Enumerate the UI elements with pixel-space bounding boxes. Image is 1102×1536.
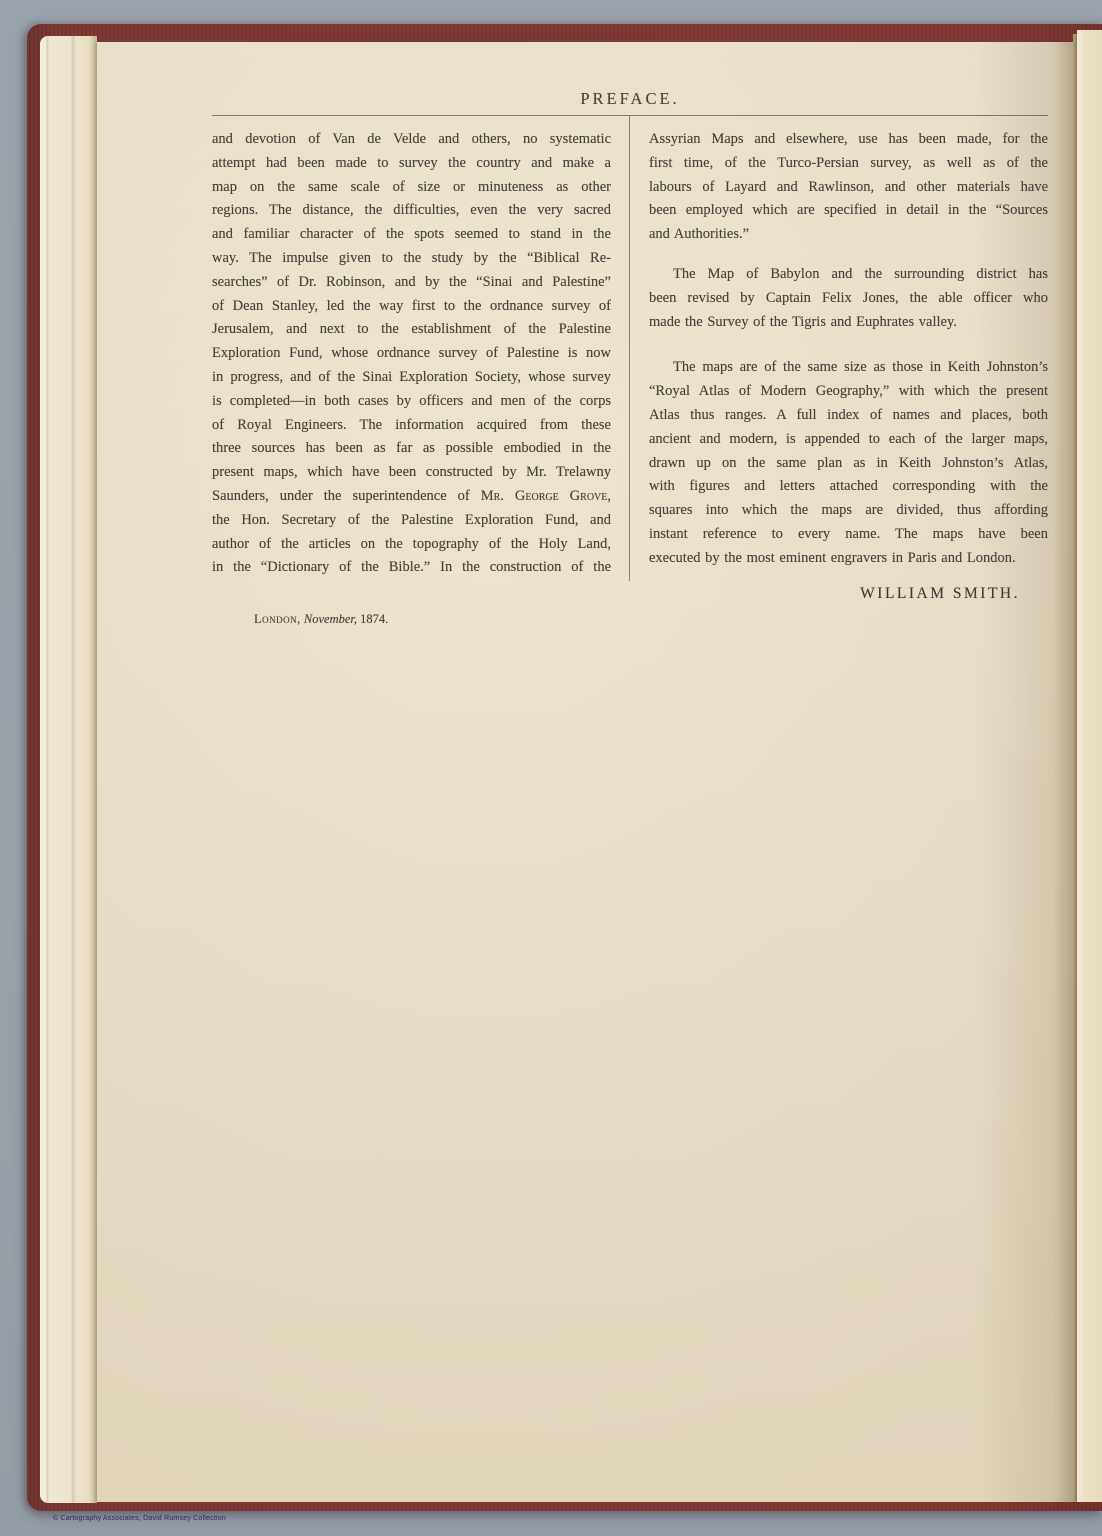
text-line: author of the articles on the topography… (212, 533, 611, 557)
text-line: and devotion of Van de Velde and others,… (212, 128, 611, 152)
text-line: attempt had been made to survey the coun… (212, 152, 611, 176)
copyright-credit: © Cartography Associates, David Rumsey C… (53, 1515, 226, 1522)
text-line: ancient and modern, is appended to each … (649, 428, 1048, 452)
facing-page-edge (1077, 30, 1102, 1502)
header-rule (212, 115, 1048, 116)
text-line: and Authorities.” (649, 223, 1048, 247)
text-line: is completed—in both cases by officers a… (212, 390, 611, 414)
text-line: present maps, which have been constructe… (212, 461, 611, 485)
dateline-month: November, (304, 612, 357, 626)
dateline: London, November, 1874. (212, 610, 611, 628)
text-line: squares into which the maps are divided,… (649, 499, 1048, 523)
text-line: been employed which are specified in det… (649, 199, 1048, 223)
page-fore-edge-stack (40, 36, 97, 1503)
printed-text-block: PREFACE. and devotion of Van de Velde an… (212, 88, 1048, 628)
text-line-grove: Saunders, under the superintendence of M… (212, 485, 611, 509)
text-line: Atlas thus ranges. A full index of names… (649, 404, 1048, 428)
text-line: in progress, and of the Sinai Exploratio… (212, 366, 611, 390)
text-line: regions. The distance, the difficulties,… (212, 199, 611, 223)
text-line: and familiar character of the spots seem… (212, 223, 611, 247)
grove-line-prefix: Saunders, under the superintendence of (212, 488, 470, 504)
text-line: of Royal Engineers. The information acqu… (212, 414, 611, 438)
author-signature: WILLIAM SMITH. (649, 582, 1048, 606)
text-line: labours of Layard and Rawlinson, and oth… (649, 176, 1048, 200)
page-title: PREFACE. (212, 88, 1048, 110)
text-line: in the “Dictionary of the Bible.” In the… (212, 556, 611, 580)
left-column: and devotion of Van de Velde and others,… (212, 128, 611, 628)
text-line: way. The impulse given to the study by t… (212, 247, 611, 271)
text-line: of Dean Stanley, led the way first to th… (212, 295, 611, 319)
paragraph-gap (649, 247, 1048, 263)
text-line: Jerusalem, and next to the establishment… (212, 318, 611, 342)
text-line: made the Survey of the Tigris and Euphra… (649, 311, 1048, 335)
text-line: map on the same scale of size or minuten… (212, 176, 611, 200)
text-line: with figures and letters attached corres… (649, 475, 1048, 499)
scanned-book-photo: PREFACE. and devotion of Van de Velde an… (0, 0, 1102, 1536)
text-line: Assyrian Maps and elsewhere, use has bee… (649, 128, 1048, 152)
text-line: first time, of the Turco-Persian survey,… (649, 152, 1048, 176)
two-column-layout: and devotion of Van de Velde and others,… (212, 128, 1048, 628)
text-line: The Map of Babylon and the surrounding d… (649, 263, 1048, 287)
column-divider (629, 115, 630, 581)
paragraph-gap (649, 334, 1048, 356)
text-line: instant reference to every name. The map… (649, 523, 1048, 547)
text-line: The maps are of the same size as those i… (649, 356, 1048, 380)
text-line: the Hon. Secretary of the Palestine Expl… (212, 509, 611, 533)
grove-name-smallcaps: Mr. George Grove, (481, 488, 611, 504)
text-line: drawn up on the same plan as in Keith Jo… (649, 452, 1048, 476)
dateline-place: London, (254, 612, 301, 626)
text-line: executed by the most eminent engravers i… (649, 547, 1048, 571)
text-line: searches” of Dr. Robinson, and by the “S… (212, 271, 611, 295)
text-line: Exploration Fund, whose ordnance survey … (212, 342, 611, 366)
text-line: been revised by Captain Felix Jones, the… (649, 287, 1048, 311)
text-line: “Royal Atlas of Modern Geography,” with … (649, 380, 1048, 404)
dateline-year: 1874. (360, 612, 388, 626)
right-column: Assyrian Maps and elsewhere, use has bee… (649, 128, 1048, 628)
text-line: three sources has been as far as possibl… (212, 437, 611, 461)
